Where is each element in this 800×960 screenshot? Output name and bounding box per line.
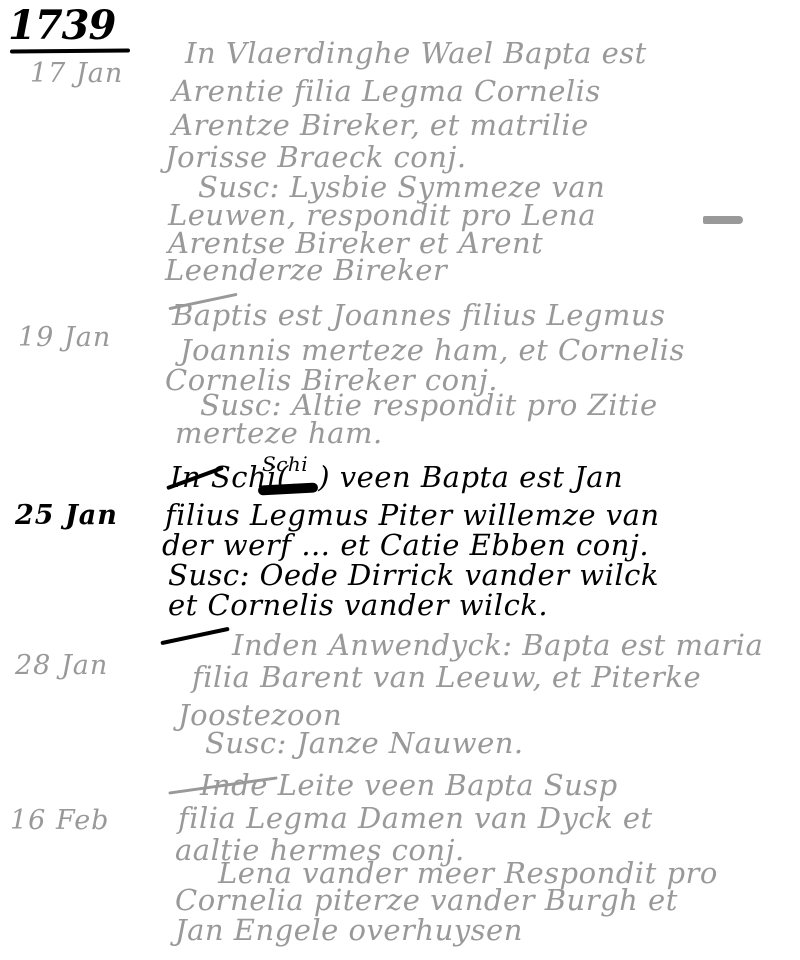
entry-line: Susc: Janze Nauwen. (205, 728, 524, 758)
entry-line: Jorisse Braeck conj. (165, 142, 467, 172)
entry-date: 17 Jan (30, 58, 123, 89)
entry-line: Inden Anwendyck: Bapta est maria (232, 630, 763, 660)
entry-separator (160, 627, 229, 645)
entry-line: In Vlaerdinghe Wael Bapta est (185, 38, 647, 68)
year-underline (10, 48, 130, 53)
entry-line: et Cornelis vander wilck. (168, 590, 548, 620)
entry-line: Susc: Oede Dirrick vander wilck (168, 560, 659, 590)
register-page: 1739 17 Jan In Vlaerdinghe Wael Bapta es… (0, 0, 800, 960)
entry-line: Arentze Bireker, et matrilie (172, 110, 589, 140)
entry-line: Baptis est Joannes filius Legmus (172, 300, 665, 330)
year-heading: 1739 (8, 2, 115, 49)
ink-flourish (703, 216, 743, 224)
entry-date: 19 Jan (18, 322, 111, 353)
entry-date: 16 Feb (10, 805, 109, 836)
entry-line: Inde Leite veen Bapta Susp (200, 770, 618, 800)
entry-date: 28 Jan (15, 650, 108, 681)
entry-line: Cornelia piterze vander Burgh et (175, 885, 678, 915)
entry-date: 25 Jan (15, 500, 118, 531)
entry-line: Jan Engele overhuysen (175, 915, 523, 945)
entry-line: Leenderze Bireker (165, 255, 447, 285)
entry-line: Arentie filia Legma Cornelis (172, 76, 601, 106)
entry-line: der werf … et Catie Ebben conj. (162, 530, 649, 560)
entry-line: merteze ham. (175, 418, 383, 448)
entry-line: filia Legma Damen van Dyck et (178, 803, 653, 833)
entry-line: filius Legmus Piter willemze van (165, 500, 660, 530)
entry-line: filia Barent van Leeuw, et Piterke (192, 662, 701, 692)
entry-line: Joannis merteze ham, et Cornelis (180, 335, 685, 365)
entry-line: In Schi(…) veen Bapta est Jan (170, 462, 623, 492)
